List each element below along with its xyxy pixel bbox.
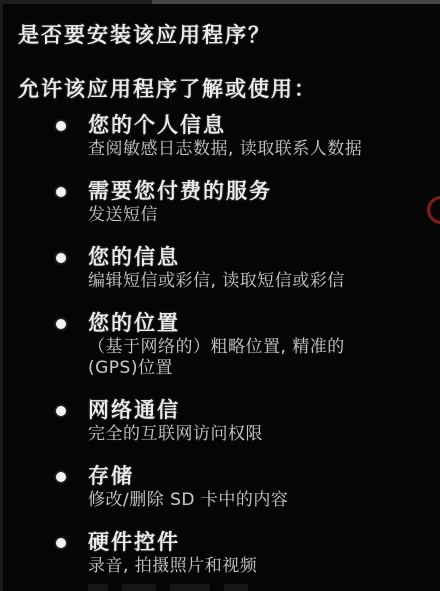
left-edge-line: [0, 4, 3, 591]
permission-detail: 修改/删除 SD 卡中的内容: [88, 490, 288, 511]
permission-item-personal-info: 您的个人信息 查阅敏感日志数据, 读取联系人数据: [18, 112, 432, 160]
page-title: 是否要安装该应用程序？: [18, 21, 432, 49]
permission-item-hardware-controls: 硬件控件 录音, 拍摄照片和视频: [18, 529, 432, 577]
permission-item-your-messages: 您的信息 编辑短信或彩信, 读取短信或彩信: [18, 244, 432, 292]
permission-item-storage: 存储 修改/删除 SD 卡中的内容: [18, 463, 432, 511]
permission-list[interactable]: 您的个人信息 查阅敏感日志数据, 读取联系人数据 需要您付费的服务 发送短信 您…: [18, 112, 432, 577]
permission-label: 存储: [88, 463, 288, 490]
permission-label: 您的位置: [88, 310, 388, 337]
bullet-icon: [56, 187, 66, 197]
status-bar-right-segment: [152, 0, 440, 4]
permission-label: 硬件控件: [88, 529, 257, 556]
permission-detail: （基于网络的）粗略位置, 精准的(GPS)位置: [88, 337, 388, 379]
bullet-icon: [56, 538, 66, 548]
permissions-intro: 允许该应用程序了解或使用：: [18, 75, 432, 103]
permission-label: 需要您付费的服务: [88, 178, 272, 205]
permission-label: 您的个人信息: [88, 112, 362, 139]
bullet-icon: [56, 121, 66, 131]
permission-detail: 查阅敏感日志数据, 读取联系人数据: [88, 139, 362, 160]
permission-label: 您的信息: [88, 244, 345, 271]
bullet-icon: [56, 253, 66, 263]
permission-item-network: 网络通信 完全的互联网访问权限: [18, 397, 432, 445]
permission-item-your-location: 您的位置 （基于网络的）粗略位置, 精准的(GPS)位置: [18, 310, 432, 379]
status-bar: [0, 0, 440, 4]
permission-detail: 编辑短信或彩信, 读取短信或彩信: [88, 271, 345, 292]
bullet-icon: [56, 319, 66, 329]
install-dialog: 是否要安装该应用程序？ 允许该应用程序了解或使用： 您的个人信息 查阅敏感日志数…: [18, 21, 432, 591]
android-install-permissions-screen: 是否要安装该应用程序？ 允许该应用程序了解或使用： 您的个人信息 查阅敏感日志数…: [0, 0, 440, 591]
permission-item-paid-services: 需要您付费的服务 发送短信: [18, 178, 432, 226]
next-permission-cutoff: [88, 582, 268, 591]
bullet-icon: [56, 406, 66, 416]
permission-detail: 完全的互联网访问权限: [88, 424, 263, 445]
bullet-icon: [56, 472, 66, 482]
permission-detail: 发送短信: [88, 205, 272, 226]
permission-detail: 录音, 拍摄照片和视频: [88, 556, 257, 577]
permission-label: 网络通信: [88, 397, 263, 424]
